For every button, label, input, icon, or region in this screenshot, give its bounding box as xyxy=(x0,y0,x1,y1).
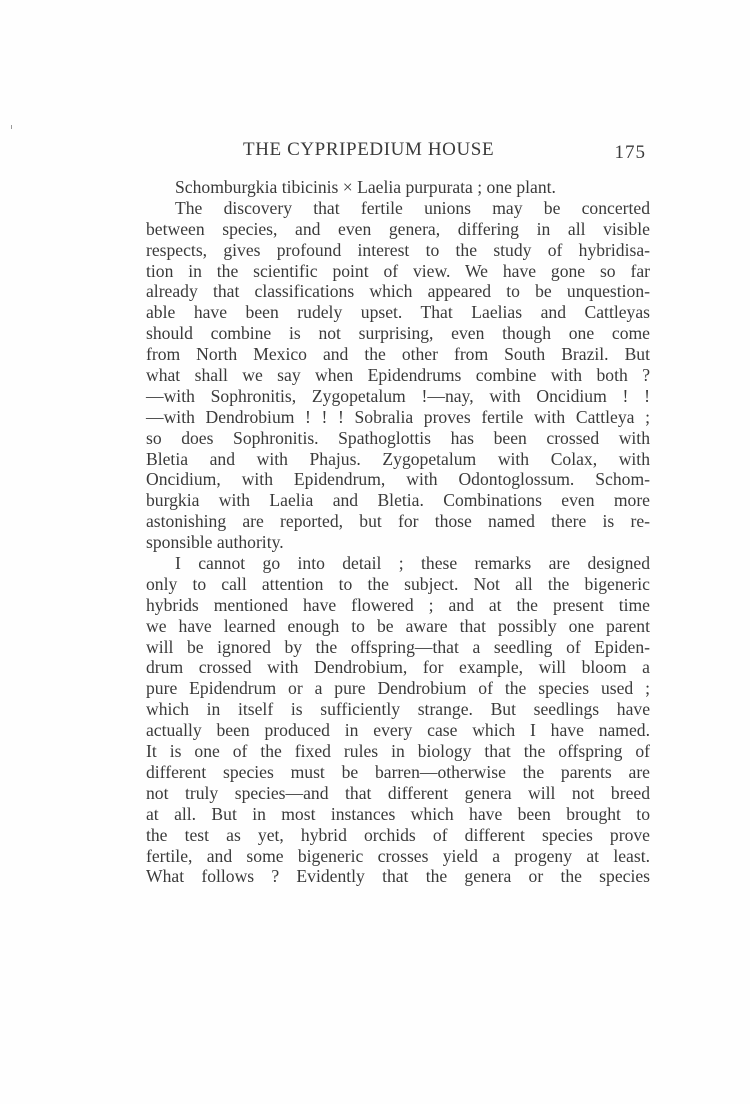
text-line: the test as yet, hybrid orchids of diffe… xyxy=(146,825,650,846)
text-line: —with Sophronitis, Zygopetalum !—nay, wi… xyxy=(146,386,650,407)
text-line: respects, gives profound interest to the… xyxy=(146,240,650,261)
page-number: 175 xyxy=(615,142,647,164)
text-line: The discovery that fertile unions may be… xyxy=(146,198,650,219)
text-line: only to call attention to the subject. N… xyxy=(146,574,650,595)
text-line: already that classifications which appea… xyxy=(146,281,650,302)
text-line: burgkia with Laelia and Bletia. Combinat… xyxy=(146,490,650,511)
scan-speck xyxy=(11,125,12,129)
paragraph-detail: I cannot go into detail ; these remarks … xyxy=(146,553,650,887)
text-line: —with Dendrobium ! ! ! Sobralia proves f… xyxy=(146,407,650,428)
text-line: What follows ? Evidently that the genera… xyxy=(146,866,650,887)
book-page: THE CYPRIPEDIUM HOUSE 175 Schomburgkia t… xyxy=(0,0,750,1104)
text-line: actually been produced in every case whi… xyxy=(146,720,650,741)
text-line: drum crossed with Dendrobium, for exampl… xyxy=(146,657,650,678)
text-line: will be ignored by the offspring—that a … xyxy=(146,637,650,658)
text-line: we have learned enough to be aware that … xyxy=(146,616,650,637)
running-head: THE CYPRIPEDIUM HOUSE 175 xyxy=(243,139,646,165)
text-line: Schomburgkia tibicinis × Laelia purpurat… xyxy=(146,177,650,198)
text-line: able have been rudely upset. That Laelia… xyxy=(146,302,650,323)
text-line: hybrids mentioned have flowered ; and at… xyxy=(146,595,650,616)
text-line: I cannot go into detail ; these remarks … xyxy=(146,553,650,574)
text-line: at all. But in most instances which have… xyxy=(146,804,650,825)
text-line: what shall we say when Epidendrums combi… xyxy=(146,365,650,386)
text-line: from North Mexico and the other from Sou… xyxy=(146,344,650,365)
text-line: fertile, and some bigeneric crosses yiel… xyxy=(146,846,650,867)
chapter-title: THE CYPRIPEDIUM HOUSE xyxy=(243,139,494,161)
text-line: pure Epidendrum or a pure Dendrobium of … xyxy=(146,678,650,699)
text-line: sponsible authority. xyxy=(146,532,650,553)
text-line: astonishing are reported, but for those … xyxy=(146,511,650,532)
text-line: different species must be barren—otherwi… xyxy=(146,762,650,783)
text-line: Oncidium, with Epidendrum, with Odontogl… xyxy=(146,469,650,490)
text-line: which in itself is sufficiently strange.… xyxy=(146,699,650,720)
paragraph-discovery: The discovery that fertile unions may be… xyxy=(146,198,650,553)
text-line: Bletia and with Phajus. Zygopetalum with… xyxy=(146,449,650,470)
text-line: It is one of the fixed rules in biology … xyxy=(146,741,650,762)
text-line: not truly species—and that different gen… xyxy=(146,783,650,804)
text-line: should combine is not surprising, even t… xyxy=(146,323,650,344)
text-line: tion in the scientific point of view. We… xyxy=(146,261,650,282)
paragraph-schomburgkia-cross: Schomburgkia tibicinis × Laelia purpurat… xyxy=(146,177,650,198)
text-line: between species, and even genera, differ… xyxy=(146,219,650,240)
body-text: Schomburgkia tibicinis × Laelia purpurat… xyxy=(146,177,650,887)
text-line: so does Sophronitis. Spathoglottis has b… xyxy=(146,428,650,449)
